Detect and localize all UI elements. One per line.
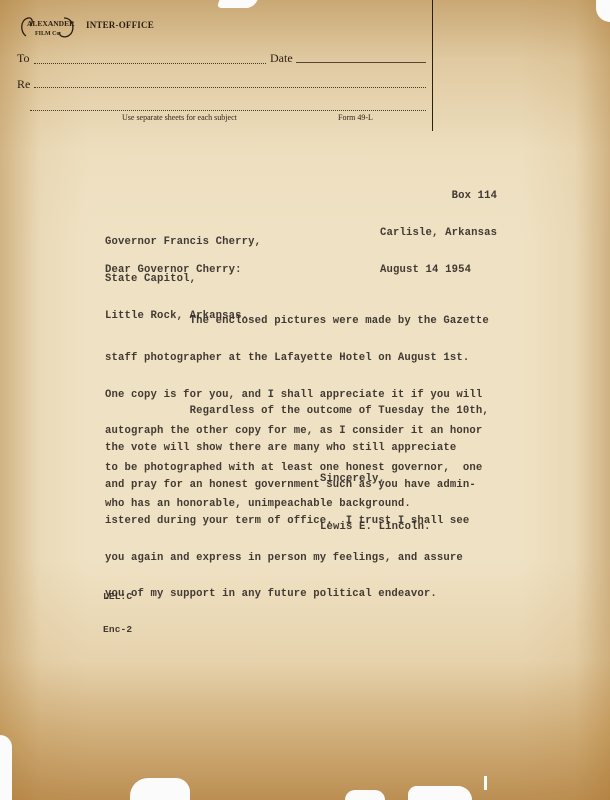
return-address-line: Carlisle, Arkansas xyxy=(380,227,497,239)
body-line: istered during your term of office. I tr… xyxy=(105,515,489,527)
letter-date: August 14 1954 xyxy=(380,264,497,276)
body-paragraph-2: Regardless of the outcome of Tuesday the… xyxy=(105,381,489,625)
re-field-line xyxy=(34,87,426,88)
torn-edge xyxy=(217,0,258,8)
svg-text:FILM Co.: FILM Co. xyxy=(35,31,61,37)
svg-text:ALEXANDER: ALEXANDER xyxy=(27,19,75,28)
return-address: Box 114 Carlisle, Arkansas August 14 195… xyxy=(380,166,497,300)
body-line: the vote will show there are many who st… xyxy=(105,442,489,454)
letter-page: ALEXANDER FILM Co. INTER-OFFICE To Date … xyxy=(0,0,610,800)
company-logo: ALEXANDER FILM Co. xyxy=(18,14,78,40)
torn-edge xyxy=(484,776,487,790)
to-field-line xyxy=(34,63,266,64)
body-line: you again and express in person my feeli… xyxy=(105,552,489,564)
header-divider xyxy=(432,0,433,131)
torn-edge xyxy=(130,778,190,800)
form-number: Form 49-L xyxy=(338,113,373,122)
enclosure-note: Enc-2 xyxy=(103,624,132,635)
torn-edge xyxy=(596,0,610,22)
body-line: you of my support in any future politica… xyxy=(105,588,489,600)
closing: Sincerely, xyxy=(320,473,385,485)
body-line: Regardless of the outcome of Tuesday the… xyxy=(105,405,489,417)
return-address-line: Box 114 xyxy=(380,190,497,202)
re-label: Re xyxy=(17,77,30,92)
to-label: To xyxy=(17,51,30,66)
torn-edge xyxy=(408,786,472,800)
signature: Lewis E. Lincoln. xyxy=(320,521,431,533)
separate-sheets-note: Use separate sheets for each subject xyxy=(122,113,237,122)
reference-initials: LEL:C xyxy=(103,591,132,602)
recipient-line: Governor Francis Cherry, xyxy=(105,236,261,248)
separator-line xyxy=(30,110,426,111)
body-line: staff photographer at the Lafayette Hote… xyxy=(105,352,489,364)
form-header: INTER-OFFICE xyxy=(86,20,154,30)
body-line: The enclosed pictures were made by the G… xyxy=(105,315,489,327)
date-field-line xyxy=(296,62,426,63)
alexander-film-logo-icon: ALEXANDER FILM Co. xyxy=(18,14,78,40)
reference-block: LEL:C Enc-2 xyxy=(103,569,132,657)
torn-edge xyxy=(345,790,385,800)
salutation: Dear Governor Cherry: xyxy=(105,264,242,276)
body-line: and pray for an honest government such a… xyxy=(105,479,489,491)
torn-edge xyxy=(0,735,12,800)
date-label: Date xyxy=(270,51,293,66)
